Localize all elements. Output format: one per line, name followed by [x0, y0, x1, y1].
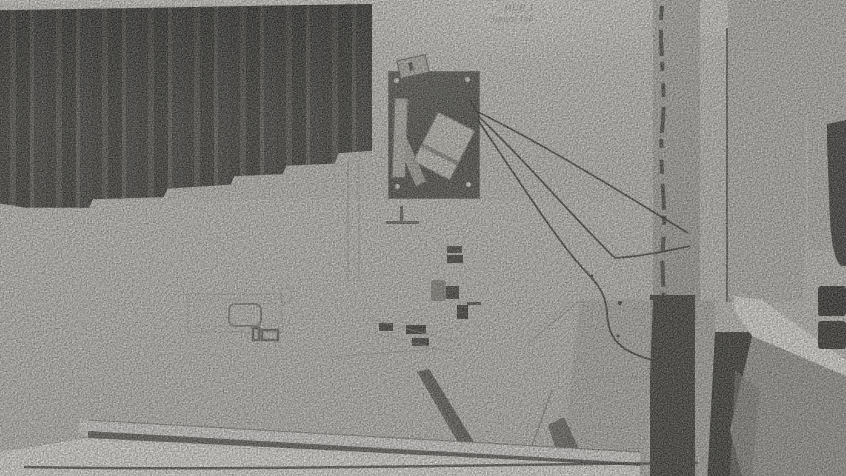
divider-ragged-edge [661, 6, 664, 302]
rod [417, 369, 477, 451]
monitor [818, 120, 846, 349]
wire-1 [478, 112, 688, 233]
wire-2 [478, 116, 690, 258]
monitor-panel-upper [818, 286, 846, 316]
scene-overlay [0, 0, 846, 476]
monitor-panel-lower [818, 321, 846, 349]
left-device-outline [188, 288, 291, 340]
base-plate-edges [368, 318, 455, 352]
wire-stub [470, 100, 478, 114]
monitor-silhouette [827, 120, 846, 266]
photo-frame: MUR 1 Junior lab [0, 0, 846, 476]
